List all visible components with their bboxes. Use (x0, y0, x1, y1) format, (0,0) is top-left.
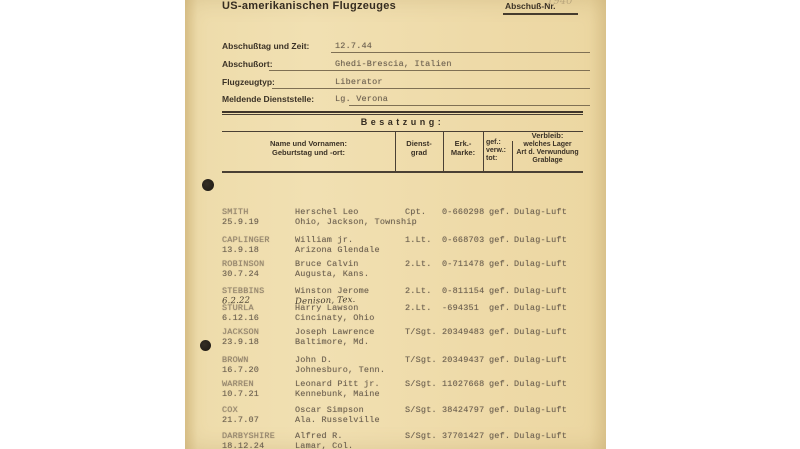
camp-cell: Dulag-Luft (514, 235, 567, 245)
crew-section-title: Besatzung: (222, 117, 583, 127)
crew-row: BROWN 16.7.20 John D. Johnesburo, Tenn. … (185, 355, 606, 375)
col-header-status-tot: tot: (486, 155, 512, 163)
abschuss-nr-underline (503, 13, 578, 15)
camp-cell: Dulag-Luft (514, 207, 567, 217)
camp-cell: Dulag-Luft (514, 379, 567, 389)
crew-row: STURLA 6.12.16 Harry Lawson Cincinaty, O… (185, 303, 606, 323)
givenname-cell: John D. (295, 355, 332, 365)
col-header-status-gef: gef.: (486, 139, 512, 147)
field-value: Liberator (335, 77, 383, 87)
givenname-cell: Alfred R. (295, 431, 343, 441)
header-box-bottom-line (222, 171, 583, 173)
status-cell: gef. (489, 379, 510, 389)
header-divider-3 (483, 131, 484, 171)
camp-cell: Dulag-Luft (514, 355, 567, 365)
col-header-verbleib: welches Lager Art d. Verwundung Grablage (512, 141, 583, 165)
col-header-verbleib-line3: Grablage (512, 157, 583, 165)
place-cell: Ala. Russelville (295, 415, 380, 425)
serial-cell: 0-660298 (442, 207, 484, 217)
surname-cell: JACKSON (222, 327, 259, 337)
birthdate-cell: 30.7.24 (222, 269, 259, 279)
col-header-rank-line2: grad (395, 149, 443, 158)
camp-cell: Dulag-Luft (514, 431, 567, 441)
givenname-cell: Harry Lawson (295, 303, 359, 313)
document-title: US-amerikanischen Flugzeuges (222, 0, 396, 12)
field-underline (272, 88, 590, 89)
field-underline (331, 52, 590, 53)
col-header-erkmarke-line2: Marke: (443, 149, 483, 158)
place-cell: Arizona Glendale (295, 245, 380, 255)
givenname-cell: Oscar Simpson (295, 405, 364, 415)
camp-cell: Dulag-Luft (514, 259, 567, 269)
field-underline (349, 105, 590, 106)
rank-cell: 2.Lt. (405, 303, 432, 313)
birthdate-cell: 18.12.24 (222, 441, 264, 449)
col-header-erkmarke: Erk.- Marke: (443, 140, 483, 157)
field-label: Meldende Dienststelle: (222, 94, 314, 104)
givenname-cell: Herschel Leo (295, 207, 359, 217)
place-cell: Augusta, Kans. (295, 269, 369, 279)
field-underline (269, 70, 590, 71)
field-label: Flugzeugtyp: (222, 77, 275, 87)
birthdate-cell: 16.7.20 (222, 365, 259, 375)
surname-cell: COX (222, 405, 238, 415)
field-value: Lg. Verona (335, 94, 388, 104)
birthdate-cell: 13.9.18 (222, 245, 259, 255)
place-cell: Johnesburo, Tenn. (295, 365, 385, 375)
serial-cell: 20349483 (442, 327, 484, 337)
serial-cell: 20349437 (442, 355, 484, 365)
serial-cell: 0-811154 (442, 286, 484, 296)
status-cell: gef. (489, 405, 510, 415)
surname-cell: SMITH (222, 207, 249, 217)
rank-cell: S/Sgt. (405, 379, 437, 389)
scan-background: US-amerikanischen Flugzeuges Abschuß-Nr.… (0, 0, 800, 449)
place-cell: Baltimore, Md. (295, 337, 369, 347)
crew-row: DARBYSHIRE 18.12.24 Alfred R. Lamar, Col… (185, 431, 606, 449)
serial-cell: -694351 (442, 303, 479, 313)
rank-cell: 1.Lt. (405, 235, 432, 245)
field-label: Abschußtag und Zeit: (222, 41, 309, 51)
serial-cell: 0-668703 (442, 235, 484, 245)
crew-row: CAPLINGER 13.9.18 William jr. Arizona Gl… (185, 235, 606, 255)
givenname-cell: Winston Jerome (295, 286, 369, 296)
crew-row: WARREN 10.7.21 Leonard Pitt jr. Kennebun… (185, 379, 606, 399)
rank-cell: T/Sgt. (405, 327, 437, 337)
status-cell: gef. (489, 327, 510, 337)
crew-row: JACKSON 23.9.18 Joseph Lawrence Baltimor… (185, 327, 606, 347)
place-cell: Ohio, Jackson, Township (295, 217, 417, 227)
col-header-name: Name und Vornamen: Geburtstag und -ort: (222, 140, 395, 157)
place-cell: Kennebunk, Maine (295, 389, 380, 399)
givenname-cell: Joseph Lawrence (295, 327, 375, 337)
serial-cell: 11027668 (442, 379, 484, 389)
givenname-cell: William jr. (295, 235, 353, 245)
crew-row: COX 21.7.07 Oscar Simpson Ala. Russelvil… (185, 405, 606, 425)
col-header-verbleib-line1: welches Lager (512, 141, 583, 149)
status-cell: gef. (489, 207, 510, 217)
status-cell: gef. (489, 259, 510, 269)
givenname-cell: Leonard Pitt jr. (295, 379, 380, 389)
abschuss-nr-value: 1940 (547, 0, 572, 7)
col-header-verbleib-title: Verbleib: (512, 132, 583, 141)
camp-cell: Dulag-Luft (514, 286, 567, 296)
section-divider-thick (222, 111, 583, 113)
field-value: Ghedi-Brescia, Italien (335, 59, 452, 69)
rank-cell: 2.Lt. (405, 259, 432, 269)
serial-cell: 0-711478 (442, 259, 484, 269)
field-value: 12.7.44 (335, 41, 372, 51)
givenname-cell: Bruce Calvin (295, 259, 359, 269)
rank-cell: Cpt. (405, 207, 426, 217)
rank-cell: T/Sgt. (405, 355, 437, 365)
surname-cell: ROBINSON (222, 259, 264, 269)
birthdate-cell: 6.12.16 (222, 313, 259, 323)
document-page: US-amerikanischen Flugzeuges Abschuß-Nr.… (185, 0, 606, 449)
surname-cell: STEBBINS (222, 286, 264, 296)
col-header-verbleib-line2: Art d. Verwundung (512, 149, 583, 157)
birthdate-cell: 25.9.19 (222, 217, 259, 227)
status-cell: gef. (489, 355, 510, 365)
camp-cell: Dulag-Luft (514, 303, 567, 313)
place-cell: Cincinaty, Ohio (295, 313, 375, 323)
status-cell: gef. (489, 286, 510, 296)
col-header-name-line2: Geburtstag und -ort: (222, 149, 395, 158)
camp-cell: Dulag-Luft (514, 327, 567, 337)
birthdate-cell: 21.7.07 (222, 415, 259, 425)
section-divider-thin (222, 114, 583, 115)
col-header-rank: Dienst- grad (395, 140, 443, 157)
camp-cell: Dulag-Luft (514, 405, 567, 415)
birthdate-cell: 23.9.18 (222, 337, 259, 347)
field-label: Abschußort: (222, 59, 273, 69)
surname-cell: DARBYSHIRE (222, 431, 275, 441)
status-cell: gef. (489, 303, 510, 313)
status-cell: gef. (489, 431, 510, 441)
place-cell: Lamar, Col. (295, 441, 353, 449)
punch-hole-top (202, 179, 214, 191)
status-cell: gef. (489, 235, 510, 245)
surname-cell: WARREN (222, 379, 254, 389)
surname-cell: STURLA (222, 303, 254, 313)
serial-cell: 37701427 (442, 431, 484, 441)
crew-row: ROBINSON 30.7.24 Bruce Calvin Augusta, K… (185, 259, 606, 279)
col-header-status-verw: verw.: (486, 147, 512, 155)
rank-cell: S/Sgt. (405, 431, 437, 441)
surname-cell: BROWN (222, 355, 249, 365)
crew-row: SMITH 25.9.19 Herschel Leo Ohio, Jackson… (185, 207, 606, 227)
serial-cell: 38424797 (442, 405, 484, 415)
birthdate-cell: 10.7.21 (222, 389, 259, 399)
col-header-status: gef.: verw.: tot: (486, 139, 512, 163)
surname-cell: CAPLINGER (222, 235, 270, 245)
rank-cell: S/Sgt. (405, 405, 437, 415)
rank-cell: 2.Lt. (405, 286, 432, 296)
